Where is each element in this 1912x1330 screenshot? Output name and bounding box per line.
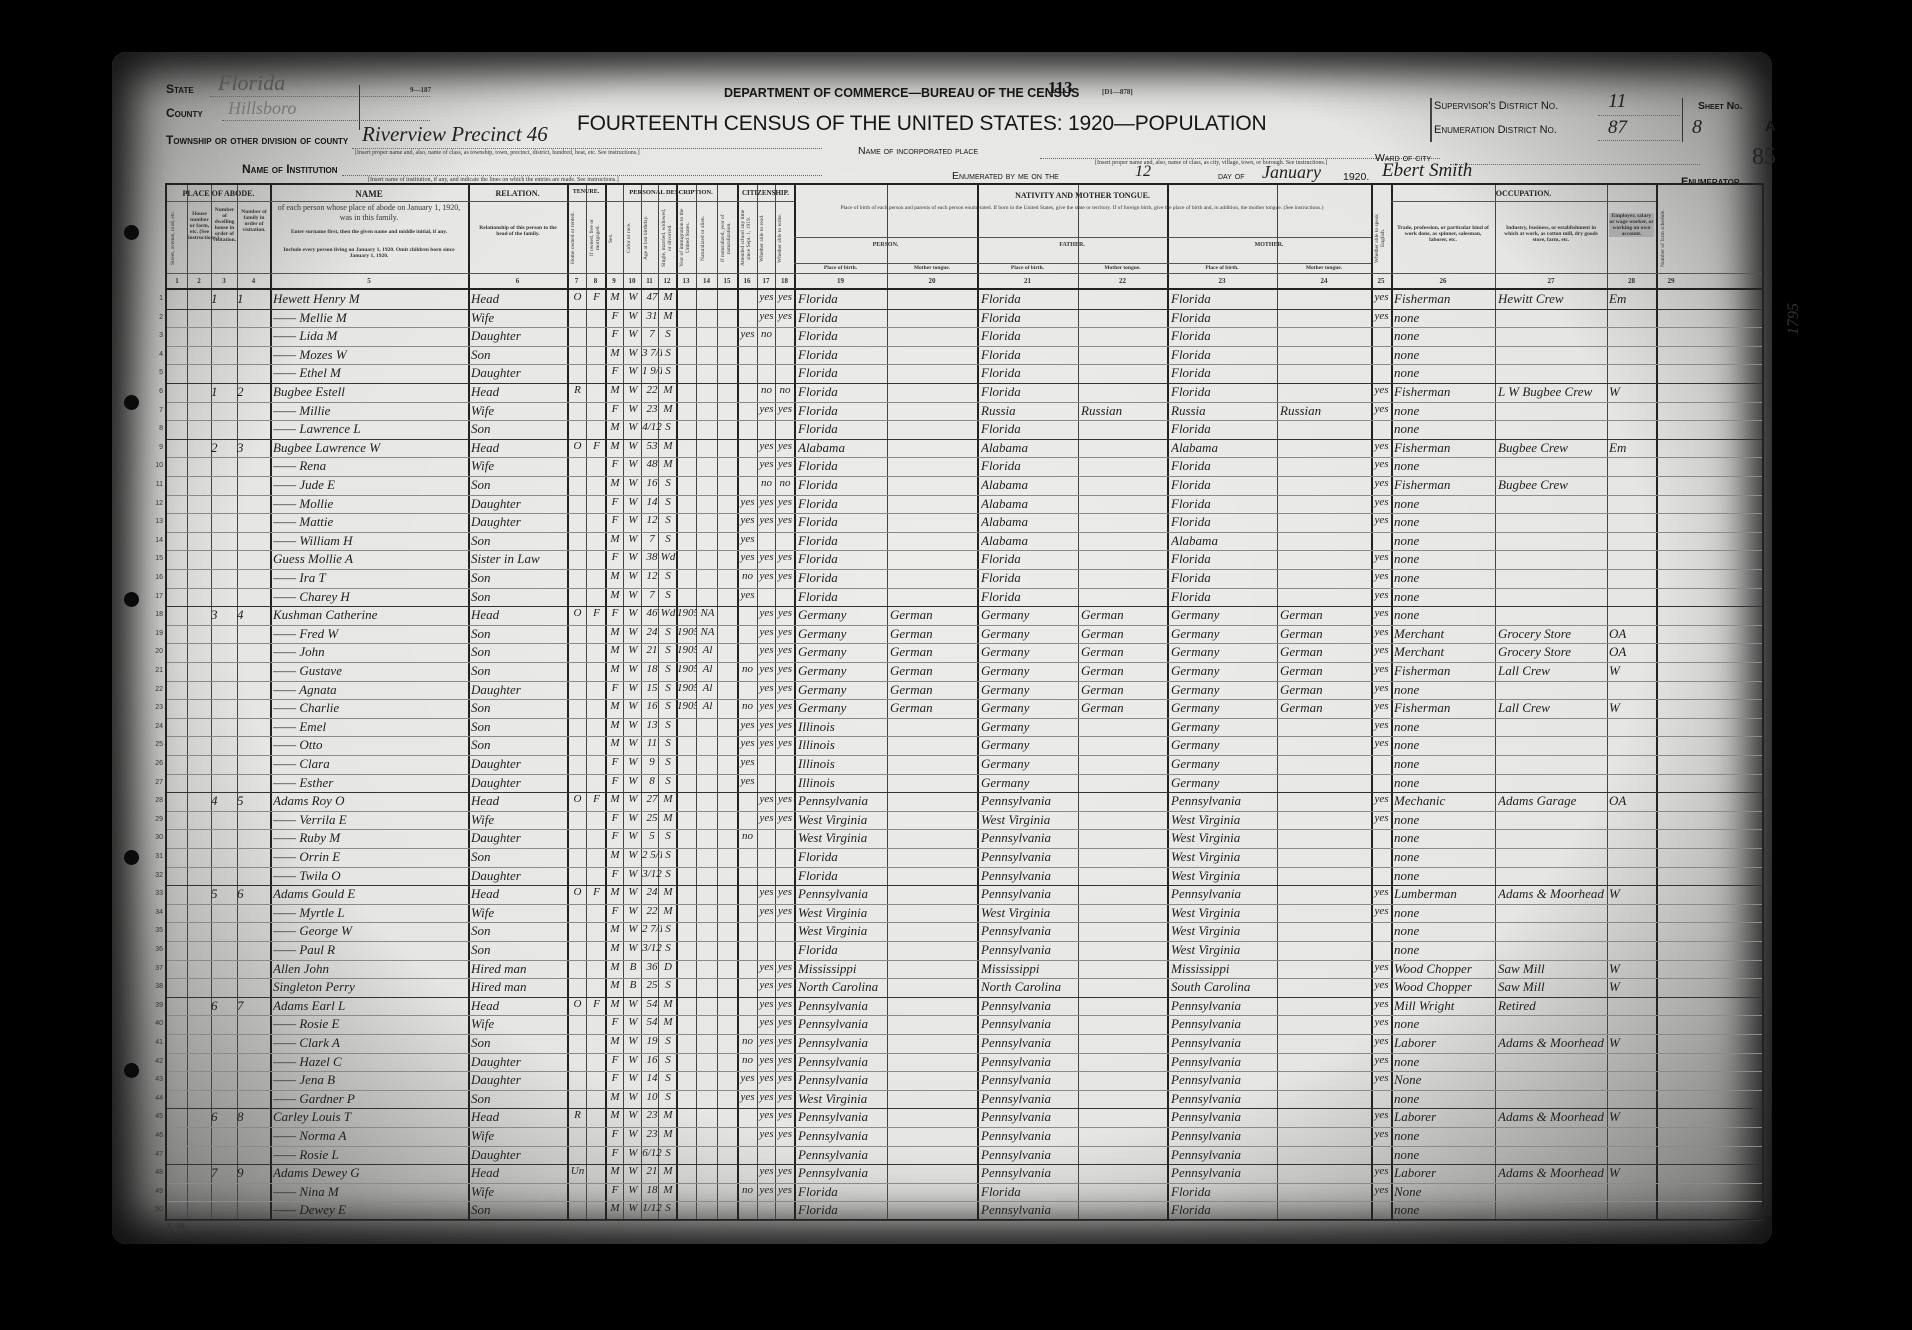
table-row: 1834Kushman CatherineHeadOFFW46Wd1905NAy… bbox=[167, 606, 1762, 626]
cell-write: yes bbox=[776, 1109, 794, 1121]
cell-read: no bbox=[758, 384, 775, 396]
cell-trade: none bbox=[1394, 737, 1495, 753]
father-place-of-birth: Place of birth. bbox=[977, 265, 1078, 271]
cell-age: 38 bbox=[642, 551, 662, 563]
cell-relation: Head bbox=[471, 291, 567, 307]
table-row: 27—— EstherDaughterFW8SyesIllinoisGerman… bbox=[167, 774, 1762, 794]
cell-color: W bbox=[625, 384, 641, 396]
cell-age: 24 bbox=[642, 626, 662, 638]
mother-place-of-birth: Place of birth. bbox=[1167, 265, 1277, 271]
cell-age: 16 bbox=[642, 477, 662, 489]
table-row: 15Guess Mollie ASister in LawFW38Wdyesye… bbox=[167, 550, 1762, 570]
enumeration-district-value: 87 bbox=[1608, 117, 1627, 139]
cell-fmt: German bbox=[1081, 607, 1167, 623]
cell-mpob: Florida bbox=[1171, 477, 1277, 493]
cell-marital: M bbox=[660, 403, 676, 415]
cell-fpob: Pennsylvania bbox=[981, 1016, 1078, 1032]
cell-pob: Pennsylvania bbox=[798, 1128, 887, 1144]
col-number: 12 bbox=[658, 277, 676, 285]
cell-color: W bbox=[625, 700, 641, 712]
cell-mpob: West Virginia bbox=[1171, 849, 1277, 865]
line-number: 12 bbox=[149, 500, 163, 507]
cell-color: W bbox=[625, 551, 641, 563]
line-number: 6 bbox=[149, 388, 163, 395]
cell-school: no bbox=[738, 663, 757, 675]
cell-imm: 1905 bbox=[677, 663, 697, 675]
cell-marital: S bbox=[660, 868, 676, 880]
line-number: 17 bbox=[149, 593, 163, 600]
cell-trade: Fisherman bbox=[1394, 291, 1495, 307]
cell-marital: M bbox=[660, 458, 676, 470]
cell-pob: Germany bbox=[798, 663, 887, 679]
cell-owned: O bbox=[569, 998, 586, 1010]
cell-age: 13 bbox=[642, 719, 662, 731]
cell-write: yes bbox=[776, 1072, 794, 1084]
cell-color: W bbox=[625, 830, 641, 842]
cell-emp: W bbox=[1609, 663, 1656, 679]
cell-age: 23 bbox=[642, 1109, 662, 1121]
cell-mpob: Pennsylvania bbox=[1171, 1035, 1277, 1051]
group-father: FATHER. bbox=[977, 242, 1167, 248]
cell-name: —— Jena B bbox=[273, 1072, 468, 1088]
cell-mpob: Alabama bbox=[1171, 440, 1277, 456]
cell-marital: S bbox=[660, 365, 676, 377]
cell-color: W bbox=[625, 1072, 641, 1084]
cell-fpob: Pennsylvania bbox=[981, 998, 1078, 1014]
cell-sex: F bbox=[607, 868, 623, 880]
county-label: County bbox=[166, 106, 203, 120]
cell-sex: F bbox=[607, 775, 623, 787]
col-number: 6 bbox=[468, 277, 567, 285]
table-row: 12—— MollieDaughterFW14SyesyesyesFlorida… bbox=[167, 495, 1762, 515]
group-relation: RELATION. bbox=[468, 189, 567, 198]
cell-relation: Son bbox=[471, 663, 567, 679]
cell-marital: M bbox=[660, 1184, 676, 1196]
cell-trade: none bbox=[1394, 812, 1495, 828]
cell-trade: none bbox=[1394, 719, 1495, 735]
cell-school: no bbox=[738, 1035, 757, 1047]
cell-mpob: Pennsylvania bbox=[1171, 998, 1277, 1014]
cell-color: W bbox=[625, 403, 641, 415]
col-number: 25 bbox=[1371, 277, 1391, 285]
line-number: 45 bbox=[149, 1113, 163, 1120]
col-number: 14 bbox=[696, 277, 717, 285]
cell-relation: Daughter bbox=[471, 775, 567, 791]
cell-relation: Son bbox=[471, 644, 567, 660]
group-personal-description: PERSONAL DESCRIPTION. bbox=[605, 189, 737, 196]
cell-marital: M bbox=[660, 384, 676, 396]
cell-trade: Mechanic bbox=[1394, 793, 1495, 809]
punch-hole bbox=[124, 395, 139, 410]
cell-fpob: Florida bbox=[981, 384, 1078, 400]
line-number: 36 bbox=[149, 946, 163, 953]
cell-english: yes bbox=[1372, 886, 1391, 898]
nativity-description: Place of birth of each person and parent… bbox=[807, 205, 1357, 211]
cell-family: 4 bbox=[237, 607, 270, 623]
cell-relation: Daughter bbox=[471, 1147, 567, 1163]
cell-fpob: Pennsylvania bbox=[981, 1091, 1078, 1107]
cell-name: —— Fred W bbox=[273, 626, 468, 642]
cell-write: yes bbox=[776, 644, 794, 656]
cell-mpob: Germany bbox=[1171, 737, 1277, 753]
table-row: 24—— EmelSonMW13SyesyesyesIllinoisGerman… bbox=[167, 718, 1762, 738]
cell-emp: W bbox=[1609, 700, 1656, 716]
cell-mpob: Florida bbox=[1171, 514, 1277, 530]
cell-marital: S bbox=[660, 682, 676, 694]
cell-age: 48 bbox=[642, 458, 662, 470]
cell-relation: Daughter bbox=[471, 514, 567, 530]
cell-pob: Germany bbox=[798, 682, 887, 698]
cell-english: yes bbox=[1372, 812, 1391, 824]
cell-marital: Wd bbox=[660, 607, 676, 619]
cell-fpob: West Virginia bbox=[981, 905, 1078, 921]
cell-sex: M bbox=[607, 663, 623, 675]
cell-pob: Illinois bbox=[798, 756, 887, 772]
cell-trade: none bbox=[1394, 830, 1495, 846]
table-row: 41—— Clark ASonMW19SnoyesyesPennsylvania… bbox=[167, 1034, 1762, 1054]
occupation-employer-header: Employer, salary or wage worker, or work… bbox=[1609, 213, 1654, 237]
cell-nat: Al bbox=[698, 682, 717, 694]
cell-sex: M bbox=[607, 719, 623, 731]
cell-relation: Wife bbox=[471, 812, 567, 828]
cell-color: W bbox=[625, 682, 641, 694]
line-number: 33 bbox=[149, 890, 163, 897]
cell-fpob: Germany bbox=[981, 682, 1078, 698]
cell-dwelling: 3 bbox=[211, 607, 237, 623]
cell-industry: Adams & Moorhead bbox=[1498, 1109, 1607, 1125]
state-value: Florida bbox=[218, 70, 285, 96]
line-number: 20 bbox=[149, 648, 163, 655]
cell-pob: Alabama bbox=[798, 440, 887, 456]
cell-relation: Son bbox=[471, 923, 567, 939]
cell-mpob: Germany bbox=[1171, 719, 1277, 735]
cell-write: yes bbox=[776, 998, 794, 1010]
cell-mpob: Germany bbox=[1171, 626, 1277, 642]
cell-name: —— Gustave bbox=[273, 663, 468, 679]
cell-name: —— Clark A bbox=[273, 1035, 468, 1051]
cell-mt: German bbox=[890, 700, 977, 716]
cell-mpob: West Virginia bbox=[1171, 830, 1277, 846]
cell-marital: D bbox=[660, 961, 676, 973]
cell-free: F bbox=[588, 886, 605, 898]
cell-trade: none bbox=[1394, 1128, 1495, 1144]
cell-fpob: Russia bbox=[981, 403, 1078, 419]
line-number: 2 bbox=[149, 314, 163, 321]
cell-marital: S bbox=[660, 1202, 676, 1214]
mother-mother-tongue: Mother tongue. bbox=[1277, 265, 1371, 271]
line-number: 42 bbox=[149, 1058, 163, 1065]
cell-color: W bbox=[625, 923, 641, 935]
table-row: 14—— William HSonMW7SyesFloridaAlabamaAl… bbox=[167, 532, 1762, 552]
cell-fmt: Russian bbox=[1081, 403, 1167, 419]
cell-free: F bbox=[588, 440, 605, 452]
cell-fpob: Florida bbox=[981, 421, 1078, 437]
cell-name: —— Otto bbox=[273, 737, 468, 753]
cell-name: —— Charey H bbox=[273, 589, 468, 605]
cell-marital: M bbox=[660, 310, 676, 322]
cell-relation: Head bbox=[471, 1109, 567, 1125]
county-line bbox=[222, 120, 430, 121]
cell-school: yes bbox=[738, 328, 757, 340]
cell-relation: Daughter bbox=[471, 868, 567, 884]
cell-mpob: Pennsylvania bbox=[1171, 1165, 1277, 1181]
cell-color: W bbox=[625, 328, 641, 340]
cell-name: Adams Gould E bbox=[273, 886, 468, 902]
cell-mpob: Florida bbox=[1171, 291, 1277, 307]
cell-trade: none bbox=[1394, 868, 1495, 884]
cell-school: yes bbox=[738, 514, 757, 526]
cell-marital: M bbox=[660, 1128, 676, 1140]
cell-fpob: North Carolina bbox=[981, 979, 1078, 995]
cell-relation: Son bbox=[471, 1202, 567, 1218]
line-number: 19 bbox=[149, 630, 163, 637]
cell-color: W bbox=[625, 458, 641, 470]
table-row: 7—— MillieWifeFW23MyesyesFloridaRussiaRu… bbox=[167, 402, 1762, 422]
cell-relation: Daughter bbox=[471, 328, 567, 344]
cell-relation: Wife bbox=[471, 1184, 567, 1200]
cell-sex: F bbox=[607, 1128, 623, 1140]
sheet-box bbox=[1682, 98, 1683, 142]
cell-pob: Pennsylvania bbox=[798, 1109, 887, 1125]
cell-marital: S bbox=[660, 1147, 676, 1159]
cell-industry: Saw Mill bbox=[1498, 979, 1607, 995]
cell-read: yes bbox=[758, 496, 775, 508]
day-of-label: day of bbox=[1218, 170, 1245, 182]
cell-fpob: Germany bbox=[981, 607, 1078, 623]
cell-mpob: West Virginia bbox=[1171, 868, 1277, 884]
cell-school: yes bbox=[738, 737, 757, 749]
cell-marital: Wd bbox=[660, 551, 676, 563]
cell-pob: Florida bbox=[798, 328, 887, 344]
cell-pob: West Virginia bbox=[798, 812, 887, 828]
cell-sex: M bbox=[607, 570, 623, 582]
cell-industry: Hewitt Crew bbox=[1498, 291, 1607, 307]
col-immigration-year-header: Year of immigration to the United States… bbox=[679, 207, 693, 269]
line-number: 5 bbox=[149, 369, 163, 376]
cell-read: yes bbox=[758, 886, 775, 898]
cell-mpob: Florida bbox=[1171, 1184, 1277, 1200]
county-value: Hillsboro bbox=[228, 98, 296, 119]
cell-school: yes bbox=[738, 496, 757, 508]
cell-read: yes bbox=[758, 551, 775, 563]
cell-trade: none bbox=[1394, 1091, 1495, 1107]
cell-pob: Illinois bbox=[798, 737, 887, 753]
cell-color: W bbox=[625, 1109, 641, 1121]
cell-read: yes bbox=[758, 961, 775, 973]
cell-relation: Daughter bbox=[471, 365, 567, 381]
cell-color: W bbox=[625, 496, 641, 508]
cell-fpob: Pennsylvania bbox=[981, 1054, 1078, 1070]
cell-color: W bbox=[625, 793, 641, 805]
cell-nat: Al bbox=[698, 644, 717, 656]
cell-relation: Daughter bbox=[471, 756, 567, 772]
cell-sex: M bbox=[607, 737, 623, 749]
cell-trade: none bbox=[1394, 905, 1495, 921]
table-row: 49—— Nina MWifeFW18MnoyesyesFloridaFlori… bbox=[167, 1183, 1762, 1203]
cell-owned: O bbox=[569, 440, 586, 452]
cell-pob: Germany bbox=[798, 644, 887, 660]
cell-mt: German bbox=[890, 607, 977, 623]
line-number: 48 bbox=[149, 1169, 163, 1176]
cell-mpob: Florida bbox=[1171, 328, 1277, 344]
cell-color: W bbox=[625, 514, 641, 526]
cell-read: yes bbox=[758, 644, 775, 656]
cell-english: yes bbox=[1372, 514, 1391, 526]
cell-write: yes bbox=[776, 514, 794, 526]
cell-marital: S bbox=[660, 421, 676, 433]
cell-sex: M bbox=[607, 440, 623, 452]
cell-pob: Florida bbox=[798, 942, 887, 958]
cell-marital: S bbox=[660, 514, 676, 526]
cell-industry: Adams & Moorhead bbox=[1498, 886, 1607, 902]
col-number: 20 bbox=[887, 277, 977, 285]
table-row: 8—— Lawrence LSonMW4/12SFloridaFloridaFl… bbox=[167, 420, 1762, 440]
cell-pob: Florida bbox=[798, 849, 887, 865]
cell-mpob: Germany bbox=[1171, 663, 1277, 679]
cell-color: W bbox=[625, 365, 641, 377]
col-number: 15 bbox=[717, 277, 737, 285]
cell-fmt: German bbox=[1081, 644, 1167, 660]
cell-mpob: Florida bbox=[1171, 589, 1277, 605]
cell-emp: OA bbox=[1609, 626, 1656, 642]
cell-industry: Lall Crew bbox=[1498, 663, 1607, 679]
cell-pob: West Virginia bbox=[798, 923, 887, 939]
cell-marital: M bbox=[660, 812, 676, 824]
cell-english: yes bbox=[1372, 719, 1391, 731]
col-number: 4 bbox=[237, 277, 270, 285]
cell-name: —— Rena bbox=[273, 458, 468, 474]
line-number: 27 bbox=[149, 779, 163, 786]
line-number: 32 bbox=[149, 872, 163, 879]
cell-name: Carley Louis T bbox=[273, 1109, 468, 1125]
cell-sex: F bbox=[607, 1054, 623, 1066]
cell-school: yes bbox=[738, 775, 757, 787]
cell-read: yes bbox=[758, 458, 775, 470]
form-title: FOURTEENTH CENSUS OF THE UNITED STATES: … bbox=[577, 112, 1267, 136]
cell-color: W bbox=[625, 1128, 641, 1140]
cell-dwelling: 1 bbox=[211, 384, 237, 400]
cell-name: Adams Earl L bbox=[273, 998, 468, 1014]
table-row: 50—— Dewey ESonMW1/12SFloridaPennsylvani… bbox=[167, 1201, 1762, 1221]
cell-mpob: Florida bbox=[1171, 384, 1277, 400]
cell-sex: F bbox=[607, 812, 623, 824]
cell-industry: Bugbee Crew bbox=[1498, 477, 1607, 493]
cell-imm: 1905 bbox=[677, 644, 697, 656]
cell-mpob: Florida bbox=[1171, 1202, 1277, 1218]
cell-relation: Daughter bbox=[471, 830, 567, 846]
line-number: 7 bbox=[149, 407, 163, 414]
cell-name: Bugbee Lawrence W bbox=[273, 440, 468, 456]
group-occupation: OCCUPATION. bbox=[1391, 189, 1656, 198]
cell-trade: Fisherman bbox=[1394, 384, 1495, 400]
name-note-surname: Enter surname first, then the given name… bbox=[279, 229, 459, 235]
col-number: 21 bbox=[977, 277, 1078, 285]
col-write-header: Whether able to write. bbox=[777, 207, 791, 269]
cell-relation: Head bbox=[471, 607, 567, 623]
cell-emp: W bbox=[1609, 1109, 1656, 1125]
cell-trade: Laborer bbox=[1394, 1165, 1495, 1181]
cell-marital: S bbox=[660, 477, 676, 489]
cell-owned: Un bbox=[569, 1165, 586, 1177]
cell-trade: none bbox=[1394, 923, 1495, 939]
table-row: 2845Adams Roy OHeadOFMW27MyesyesPennsylv… bbox=[167, 792, 1762, 812]
cell-free: F bbox=[588, 998, 605, 1010]
cell-pob: Germany bbox=[798, 700, 887, 716]
cell-fpob: Pennsylvania bbox=[981, 1128, 1078, 1144]
cell-sex: F bbox=[607, 496, 623, 508]
header-divider bbox=[359, 85, 360, 130]
cell-color: W bbox=[625, 905, 641, 917]
cell-read: yes bbox=[758, 998, 775, 1010]
form-code: [D1—878] bbox=[1102, 88, 1133, 96]
cell-age: 23 bbox=[642, 403, 662, 415]
cell-color: W bbox=[625, 1091, 641, 1103]
cell-name: —— Ruby M bbox=[273, 830, 468, 846]
cell-sex: M bbox=[607, 533, 623, 545]
cell-trade: none bbox=[1394, 347, 1495, 363]
punch-hole bbox=[124, 592, 139, 607]
col-dwelling-header: Number of dwelling house in order of vis… bbox=[212, 207, 237, 243]
institution-line bbox=[342, 175, 822, 176]
cell-family: 2 bbox=[237, 384, 270, 400]
cell-fpob: Germany bbox=[981, 719, 1078, 735]
col-free-mortgaged-header: If owned, free or mortgaged. bbox=[589, 207, 603, 269]
cell-sex: F bbox=[607, 551, 623, 563]
cell-english: yes bbox=[1372, 1184, 1391, 1196]
enumeration-line bbox=[1598, 140, 1680, 141]
cell-english: yes bbox=[1372, 979, 1391, 991]
cell-color: W bbox=[625, 421, 641, 433]
table-row: 47—— Rosie LDaughterFW6/12SPennsylvaniaP… bbox=[167, 1146, 1762, 1166]
cell-owned: R bbox=[569, 384, 586, 396]
cell-pob: Florida bbox=[798, 477, 887, 493]
cell-read: yes bbox=[758, 1016, 775, 1028]
table-row: 20—— JohnSonMW21S1905AlyesyesGermanyGerm… bbox=[167, 643, 1762, 663]
cell-marital: M bbox=[660, 1165, 676, 1177]
cell-relation: Wife bbox=[471, 905, 567, 921]
col-number: 18 bbox=[775, 277, 794, 285]
cell-sex: F bbox=[607, 905, 623, 917]
table-row: 16—— Ira TSonMW12SnoyesyesFloridaFlorida… bbox=[167, 569, 1762, 589]
group-nativity: NATIVITY AND MOTHER TONGUE. bbox=[794, 191, 1371, 200]
cell-industry: Adams & Moorhead bbox=[1498, 1165, 1607, 1181]
cell-relation: Head bbox=[471, 793, 567, 809]
cell-fpob: Pennsylvania bbox=[981, 1202, 1078, 1218]
cell-imm: 1905 bbox=[677, 607, 697, 619]
cell-age: 7 bbox=[642, 589, 662, 601]
col-naturalized-header: Naturalized or alien. bbox=[700, 207, 714, 269]
cell-english: yes bbox=[1372, 477, 1391, 489]
cell-english: yes bbox=[1372, 291, 1391, 303]
cell-color: W bbox=[625, 1016, 641, 1028]
cell-fpob: Pennsylvania bbox=[981, 793, 1078, 809]
cell-trade: Fisherman bbox=[1394, 663, 1495, 679]
cell-emp: W bbox=[1609, 961, 1656, 977]
cell-write: yes bbox=[776, 737, 794, 749]
cell-family: 8 bbox=[237, 1109, 270, 1125]
cell-age: 25 bbox=[642, 812, 662, 824]
cell-write: yes bbox=[776, 793, 794, 805]
cell-school: yes bbox=[738, 551, 757, 563]
township-label: Township or other division of county bbox=[166, 133, 348, 147]
cell-fpob: Pennsylvania bbox=[981, 886, 1078, 902]
cell-write: yes bbox=[776, 1054, 794, 1066]
cell-emp: W bbox=[1609, 384, 1656, 400]
cell-emp: OA bbox=[1609, 793, 1656, 809]
cell-sex: M bbox=[607, 626, 623, 638]
cell-age: 7 bbox=[642, 533, 662, 545]
cell-fpob: Germany bbox=[981, 663, 1078, 679]
